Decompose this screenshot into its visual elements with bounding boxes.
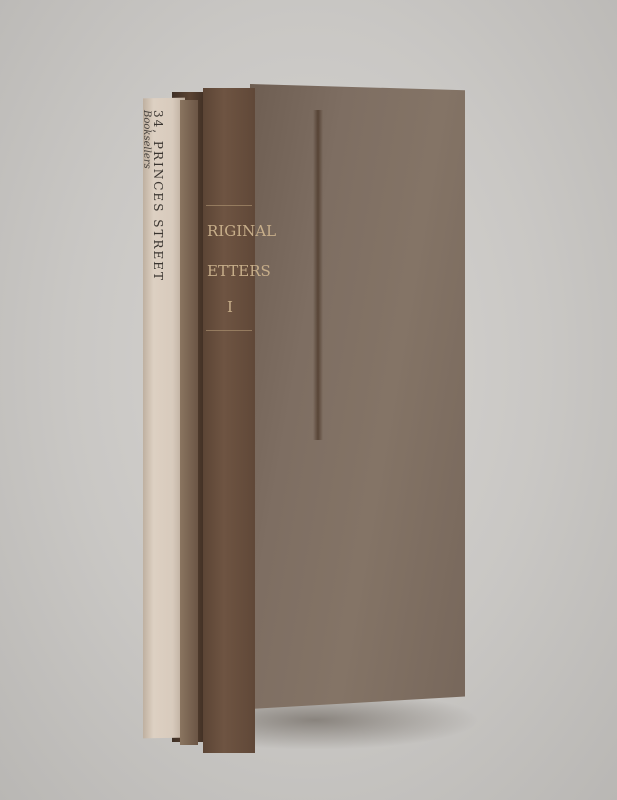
cover-stain <box>313 110 323 440</box>
spine-title-line-1: RIGINAL <box>207 222 253 240</box>
book-right-spine <box>203 88 255 753</box>
spine-rule <box>206 330 252 331</box>
spine-text-address: 34, PRINCES STREET <box>151 110 165 282</box>
spine-text-booksellers: Booksellers <box>141 110 152 169</box>
book-right-cover <box>250 84 465 709</box>
spine-title-line-3: I <box>207 298 253 316</box>
book-left-edge <box>180 100 198 745</box>
spine-title-line-2: ETTERS <box>207 262 253 280</box>
spine-rule <box>206 205 252 206</box>
